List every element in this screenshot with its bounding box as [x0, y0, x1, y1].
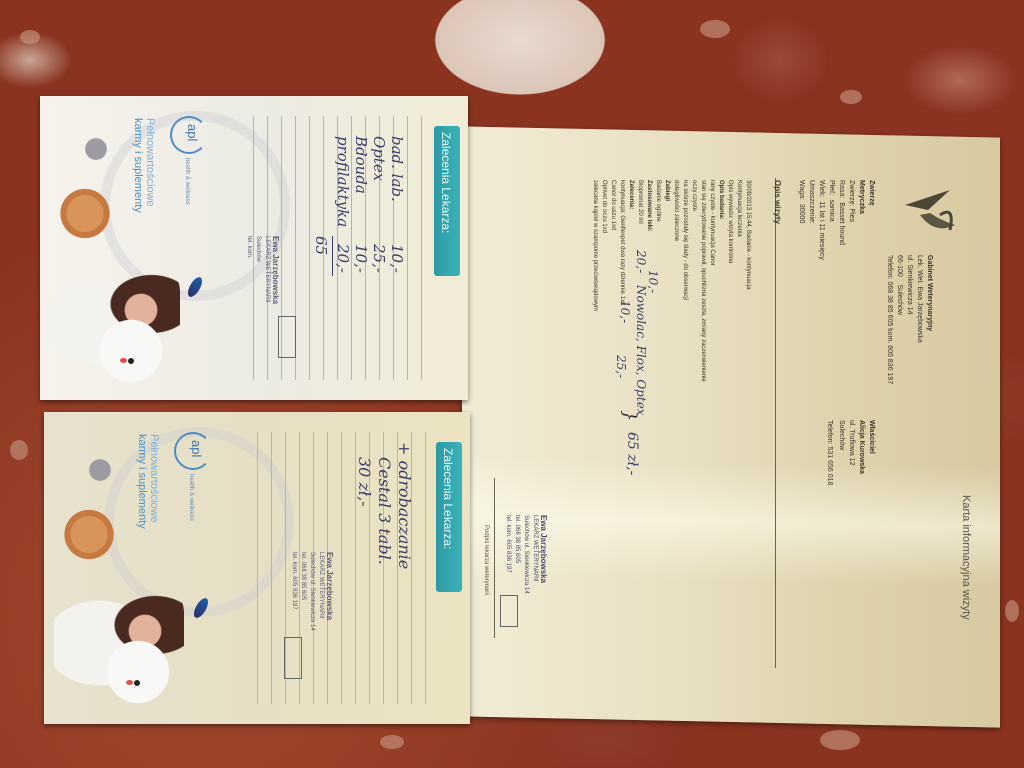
- owner-name: Alicja Kurowska: [856, 420, 866, 485]
- tab-label: Zalecenia Lekarza:: [439, 132, 453, 233]
- photo-scene: Gabinet Weterynaryjny Lek. Wet. Ewa Jarz…: [0, 0, 1024, 768]
- handwritten-med-price: 20,-: [634, 250, 648, 273]
- visit-line: oczy czyste: [689, 180, 698, 382]
- rx-item-price: 10,-: [352, 244, 370, 273]
- owner-city: Sulechów: [836, 420, 846, 485]
- visit-line: zalecana kąpiel w szamponie przeciwświąd…: [590, 180, 599, 382]
- animal-section-title: Zwierzę: [866, 180, 876, 260]
- vet-stamp: Ewa JarzębowskaLEKARZ WETERYNARIISulechó…: [289, 552, 334, 631]
- handwritten-med-price: 25,-: [614, 355, 628, 378]
- field-label: Płeć:: [828, 180, 835, 196]
- stamp-line: Ewa Jarzębowska: [539, 515, 548, 594]
- vet-stamp: Ewa JarzębowskaLEKARZ WETERYNARIISulechó…: [244, 236, 280, 304]
- marble-speck: [380, 735, 404, 749]
- brand-subtitle: health & wellness: [188, 474, 194, 521]
- visit-description: 30/09/2013 15:44, Badanie - kontynuacjaK…: [590, 180, 752, 382]
- marble-speck: [10, 440, 28, 460]
- owner-street: ul. Truflowa 12: [846, 420, 856, 485]
- stamp-line: tel. kom.: [244, 236, 253, 304]
- dog-tongue: [126, 680, 133, 685]
- field-value: 11 lat i 11 miesięcy: [818, 201, 825, 260]
- vet-stamp: Ewa JarzębowskaLEKARZ WETERYNARIISulechó…: [503, 515, 548, 594]
- prescription-card: Zalecenia Lekarza: apl health & wellness…: [44, 412, 470, 724]
- clinic-vet: Lek. Wet. Ewa Jarzębowska: [914, 255, 924, 384]
- stamp-line: LEKARZ WETERYNARII: [262, 236, 271, 304]
- marble-speck: [1005, 600, 1019, 622]
- visit-line: rany czyste - kontynuacja Canor: [707, 180, 716, 382]
- stamp-box: [278, 316, 296, 358]
- field-value: Basset hound: [838, 202, 845, 245]
- stamp-line: tel. 068 38 85 605: [298, 552, 307, 631]
- brand-block: apl: [189, 440, 204, 457]
- prescription-tab: Zalecenia Lekarza:: [436, 442, 462, 592]
- card-title: Karta informacyjna wizyty: [960, 495, 972, 620]
- brand-subtitle: health & wellness: [184, 158, 190, 205]
- visit-line: Opis wywiadu: wizyta kontrolna: [725, 180, 734, 382]
- stamp-line: tel. kom. 605 836 197: [503, 515, 512, 594]
- signature-line: [494, 478, 495, 638]
- rx-item-name: bad. lab.: [388, 136, 406, 202]
- handwritten-exam-price: 10,-: [646, 270, 660, 293]
- animal-field: Waga: 30000: [796, 180, 806, 260]
- animal-field: Umaszczenie:: [806, 180, 816, 260]
- cat-image: [55, 186, 115, 241]
- visit-line: Zabiegi: [662, 180, 671, 382]
- dog-nose: [134, 680, 140, 686]
- field-label: Rasa:: [838, 180, 845, 198]
- handwritten-meds-note: Nowolac, Flox, Optex: [634, 285, 648, 416]
- clinic-city-line: 66-100 Sulechów: [894, 255, 904, 384]
- stamp-line: LEKARZ WETERYNARII: [530, 515, 539, 594]
- tagline-line-2: karmy i suplementy: [136, 434, 148, 529]
- rx-item-price: 25,-: [370, 244, 388, 273]
- rx-total: 65: [312, 236, 330, 255]
- visit-section-title-wrap: Opis wizyty: [772, 180, 782, 224]
- animal-section: Zwierzę Metryczka Zwierzę: Pies Rasa: Ba…: [796, 180, 876, 260]
- stamp-line: Sulechów: [253, 236, 262, 304]
- marble-speck: [820, 730, 860, 750]
- visit-section-title: Opis wizyty: [772, 180, 782, 224]
- rx-item-name: profilaktyka: [334, 136, 352, 227]
- sum-line: [332, 236, 333, 276]
- animal-field: Wiek: 11 lat i 11 miesięcy: [816, 180, 826, 260]
- field-label: Waga:: [798, 180, 805, 200]
- owner-section-title: Właściciel: [866, 420, 876, 485]
- visit-line: Opis badania:: [716, 180, 725, 382]
- rx-item-name: Bdouda: [352, 136, 370, 194]
- stamp-line: Ewa Jarzębowska: [325, 552, 334, 631]
- rx-item-price: 10,-: [388, 244, 406, 273]
- clinic-logo-icon: [900, 185, 960, 245]
- brand-name: apl: [185, 124, 200, 141]
- stamp-line: tel. 068 38 85 605: [512, 515, 521, 594]
- signature-caption: Podpis lekarza weterynarii: [481, 525, 490, 595]
- cat-image: [59, 507, 119, 562]
- stamp-box: [500, 595, 518, 627]
- field-value: samica: [828, 199, 835, 221]
- stamp-line: tel. kom. 605 836 197: [289, 552, 298, 631]
- visit-line: 30/09/2013 15:44, Badanie - kontynuacja: [743, 180, 752, 382]
- animal-field: Płeć: samica: [826, 180, 836, 260]
- visit-line: Kontynuacja leczenia: [734, 180, 743, 382]
- clinic-street: ul. Sienkiewicza 14: [904, 255, 914, 384]
- dog-tongue: [120, 358, 127, 363]
- rx-item-name: + odrobaczanie: [395, 442, 414, 569]
- tagline-line-1: Pełnowartościowe: [148, 434, 160, 523]
- rx-item-name: Cestal 3 tabl.: [375, 457, 394, 565]
- stamp-box: [284, 637, 302, 679]
- clinic-info: Gabinet Weterynaryjny Lek. Wet. Ewa Jarz…: [884, 255, 934, 384]
- handwritten-bracket: }: [619, 410, 640, 421]
- field-label: Wiek:: [818, 180, 825, 198]
- handwritten-med-price: 10,-: [618, 300, 632, 323]
- marble-speck: [20, 30, 40, 44]
- rabbit-image: [80, 136, 112, 162]
- clinic-name: Gabinet Weterynaryjny: [924, 255, 934, 384]
- visit-line: stan się zdecydowanie poprawił, opuchliz…: [698, 180, 707, 382]
- rx-item-price: 20,-: [334, 244, 352, 273]
- rx-item-name: 30 zł,-: [355, 457, 374, 507]
- prescription-card: Zalecenia Lekarza: apl health & wellness…: [40, 96, 468, 400]
- visit-line: na skórze pozostały się ślady - do obser…: [680, 180, 689, 382]
- visit-line: Canor do uszu 1xd: [608, 180, 617, 382]
- visit-line: Optivet do oczu 1xd: [599, 180, 608, 382]
- rabbit-image: [84, 457, 116, 483]
- visit-line: kontynuacja: Genflexpet dwa razy dzienni…: [617, 180, 626, 382]
- clinic-city: Sulechów: [896, 285, 903, 315]
- animal-field: Zwierzę: Pies: [846, 180, 856, 260]
- clinic-phone: Telefon: 068 38 85 605 kom. 605 836 197: [884, 255, 894, 384]
- owner-phone: Telefon: 531 656 018: [824, 420, 834, 485]
- tagline-line-1: Pełnowartościowe: [144, 118, 156, 207]
- tab-label: Zalecenia Lekarza:: [441, 448, 455, 549]
- brand-name: apl: [189, 440, 204, 457]
- field-value: 30000: [798, 204, 805, 223]
- tagline-line-2: karmy i suplementy: [132, 118, 144, 213]
- owner-section: Właściciel Alicja Kurowska ul. Truflowa …: [824, 420, 876, 485]
- stamp-line: Sulechów ul. Sienkiewicza 14: [307, 552, 316, 631]
- brand-block: apl: [185, 124, 200, 141]
- animal-field: Rasa: Basset hound: [836, 180, 846, 260]
- marble-speck: [840, 90, 862, 104]
- animal-field: Metryczka: [856, 180, 866, 260]
- divider: [775, 178, 776, 668]
- clinic-postal: 66-100: [896, 255, 903, 277]
- marble-speck: [700, 20, 730, 38]
- stamp-line: Ewa Jarzębowska: [271, 236, 280, 304]
- stamp-line: Sulechów ul. Sienkiewicza 14: [521, 515, 530, 594]
- prescription-tab: Zalecenia Lekarza:: [434, 126, 460, 276]
- dog-image: [102, 637, 182, 707]
- stamp-line: LEKARZ WETERYNARII: [316, 552, 325, 631]
- rx-item-name: Optex: [370, 136, 388, 181]
- handwritten-total: 65 zł,-: [624, 432, 640, 475]
- dog-image: [95, 316, 175, 386]
- visit-line: dolegliwości zaleczone: [671, 180, 680, 382]
- dog-nose: [128, 358, 134, 364]
